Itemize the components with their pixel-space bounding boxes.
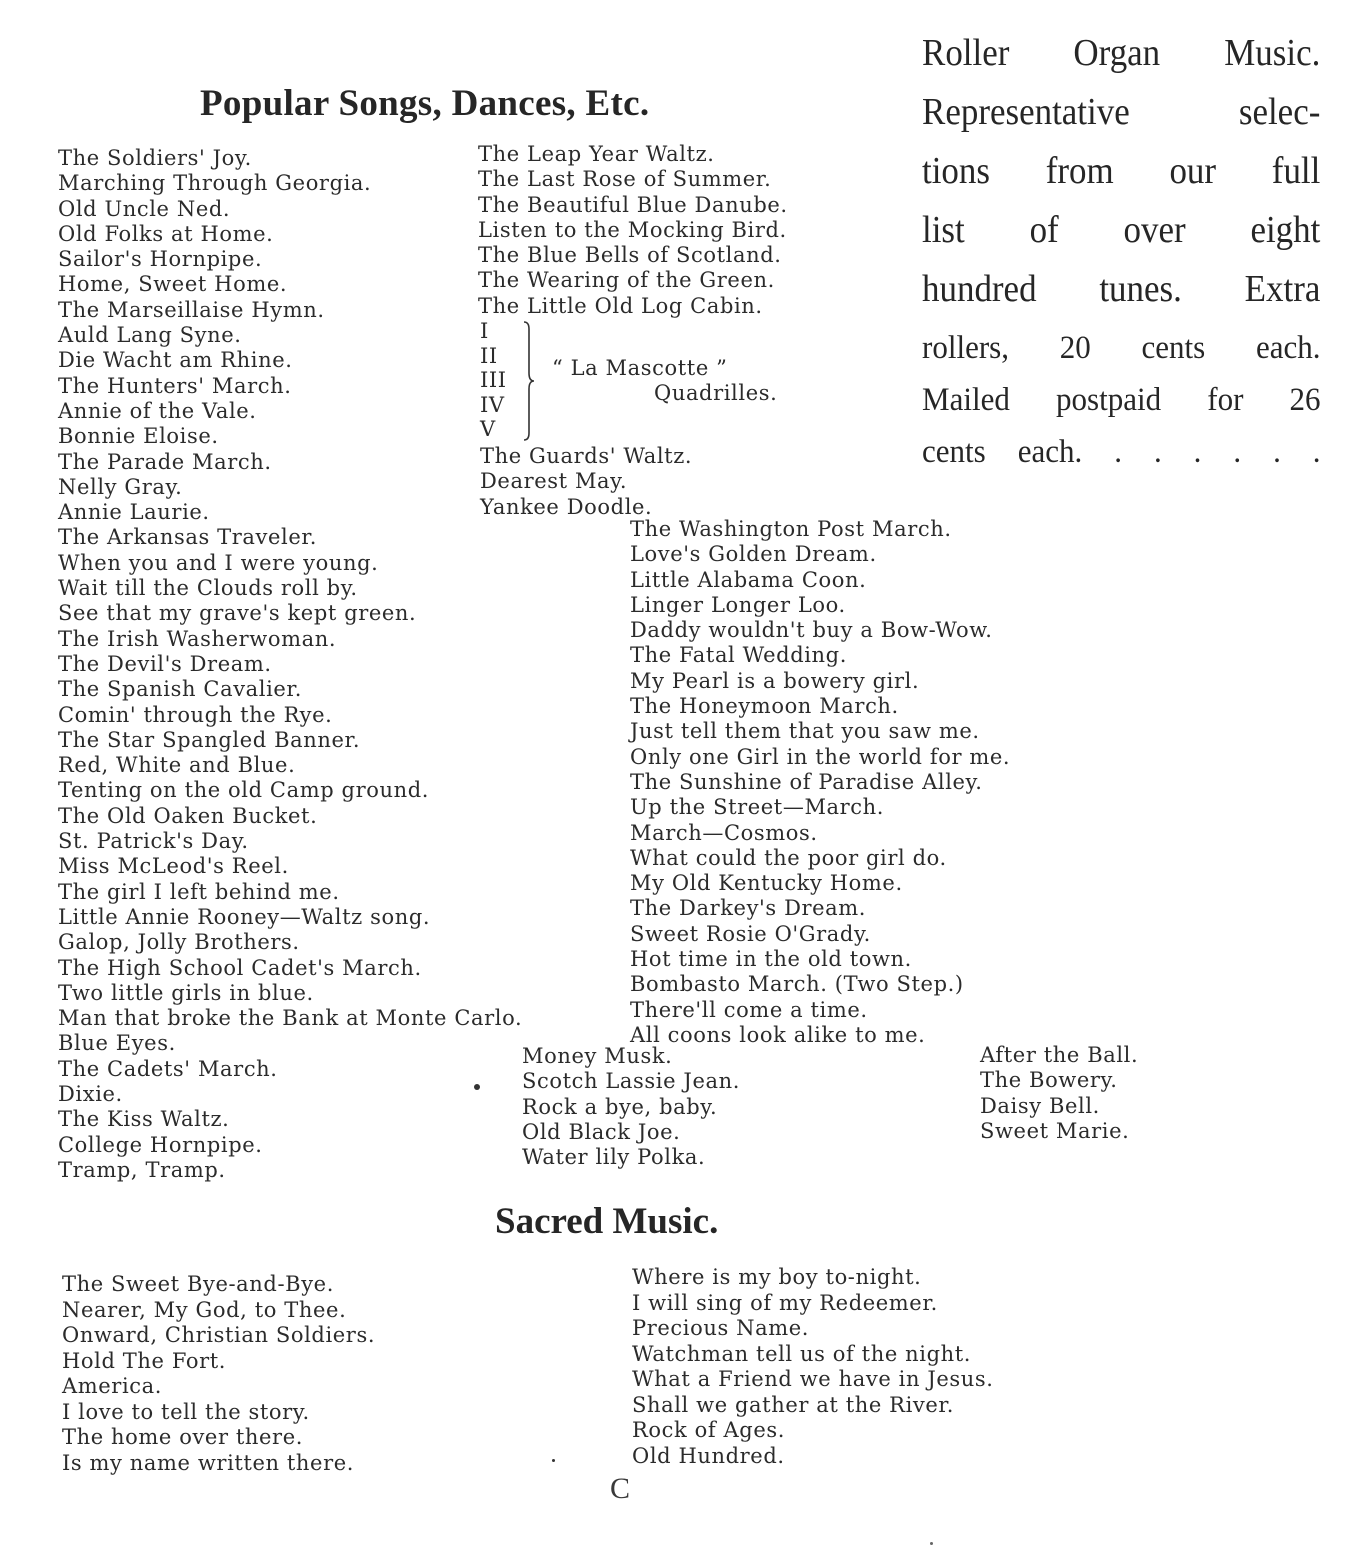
song-title: Water lily Polka. [522,1145,740,1170]
song-title: Man that broke the Bank at Monte Carlo. [58,1006,522,1031]
song-title: Annie of the Vale. [58,399,522,424]
song-title: The Honeymoon March. [630,694,1010,719]
quadrille-subtitle: Quadrilles. [654,381,777,405]
song-title: The Kiss Waltz. [58,1107,522,1132]
song-title: Blue Eyes. [58,1031,522,1056]
page-signature-mark: C [610,1472,630,1506]
song-title: The Bowery. [980,1068,1138,1093]
song-title: The Spanish Cavalier. [58,677,522,702]
hymn-title: Rock of Ages. [632,1418,994,1444]
popular-list-column-d: Money Musk. Scotch Lassie Jean. Rock a b… [522,1044,740,1170]
song-title: Just tell them that you saw me. [630,719,1010,744]
hymn-title: The Sweet Bye-and-Bye. [62,1272,375,1298]
hymn-title: Watchman tell us of the night. [632,1342,994,1368]
song-title: Money Musk. [522,1044,740,1069]
popular-list-column-e: After the Ball. The Bowery. Daisy Bell. … [980,1043,1138,1144]
song-title: The Parade March. [58,450,522,475]
song-title: The Sunshine of Paradise Alley. [630,770,1010,795]
song-title: Wait till the Clouds roll by. [58,576,522,601]
song-title: Little Annie Rooney—Waltz song. [58,905,522,930]
song-title: Sailor's Hornpipe. [58,247,522,272]
song-title: Die Wacht am Rhine. [58,348,522,373]
intro-line: Roller Organ Music. [922,28,1320,87]
song-title: The High School Cadet's March. [58,956,522,981]
song-title: The Star Spangled Banner. [58,728,522,753]
song-title: Bombasto March. (Two Step.) [630,972,1010,997]
hymn-title: Hold The Fort. [62,1349,375,1375]
hymn-title: I will sing of my Redeemer. [632,1291,994,1317]
intro-line: cents each. . . . . . . [922,427,1321,479]
song-title: The Beautiful Blue Danube. [478,193,788,218]
song-title: The Arkansas Traveler. [58,525,522,550]
song-title: The Guards' Waltz. [480,444,692,469]
quadrille-numeral: II [480,344,507,369]
song-title: The girl I left behind me. [58,880,522,905]
hymn-title: Where is my boy to-night. [632,1265,994,1291]
song-title: Hot time in the old town. [630,947,1010,972]
quadrille-numeral: I [480,319,507,344]
song-title: When you and I were young. [58,551,522,576]
song-title: There'll come a time. [630,998,1010,1023]
song-title: Dearest May. [480,469,692,494]
song-title: The Blue Bells of Scotland. [478,243,788,268]
song-title: Old Uncle Ned. [58,197,522,222]
hymn-title: Precious Name. [632,1316,994,1342]
hymn-title: Old Hundred. [632,1444,994,1470]
song-title: The Wearing of the Green. [478,268,788,293]
ink-dot [930,1542,933,1545]
roller-organ-intro: Roller Organ Music. Representative selec… [922,28,1320,479]
quadrille-numeral: IV [480,393,507,418]
song-title: Up the Street—March. [630,795,1010,820]
popular-list-column-b: The Leap Year Waltz. The Last Rose of Su… [478,142,788,319]
song-title: See that my grave's kept green. [58,601,522,626]
intro-line: rollers, 20 cents each. [922,323,1321,375]
curly-brace-icon [522,321,536,441]
song-title: Comin' through the Rye. [58,703,522,728]
hymn-title: Onward, Christian Soldiers. [62,1323,375,1349]
song-title: The Fatal Wedding. [630,643,1010,668]
quadrille-numeral: III [480,368,507,393]
song-title: The Last Rose of Summer. [478,167,788,192]
song-title: Scotch Lassie Jean. [522,1069,740,1094]
ink-dot [552,1459,555,1462]
song-title: Home, Sweet Home. [58,272,522,297]
intro-line: Representative selec- [922,87,1320,146]
popular-list-column-a: The Soldiers' Joy. Marching Through Geor… [58,146,522,1183]
song-title: The Darkey's Dream. [630,896,1010,921]
song-title: The Little Old Log Cabin. [478,294,788,319]
intro-line: list of over eight [922,205,1320,264]
song-title: The Cadets' March. [58,1057,522,1082]
song-title: My Old Kentucky Home. [630,871,1010,896]
song-title: Linger Longer Loo. [630,593,1010,618]
song-title: Love's Golden Dream. [630,542,1010,567]
song-title: Two little girls in blue. [58,981,522,1006]
song-title: March—Cosmos. [630,821,1010,846]
song-title: The Leap Year Waltz. [478,142,788,167]
song-title: Listen to the Mocking Bird. [478,218,788,243]
hymn-title: The home over there. [62,1425,375,1451]
song-title: Galop, Jolly Brothers. [58,930,522,955]
song-title: Miss McLeod's Reel. [58,854,522,879]
song-title: The Washington Post March. [630,517,1010,542]
song-title: The Devil's Dream. [58,652,522,677]
song-title: Old Black Joe. [522,1120,740,1145]
song-title: The Irish Washerwoman. [58,627,522,652]
song-title: Daisy Bell. [980,1094,1138,1119]
popular-list-column-b-bottom: The Guards' Waltz. Dearest May. Yankee D… [480,444,692,520]
ink-dot [474,1084,480,1090]
song-title: Little Alabama Coon. [630,568,1010,593]
hymn-title: Is my name written there. [62,1451,375,1477]
song-title: Daddy wouldn't buy a Bow-Wow. [630,618,1010,643]
song-title: My Pearl is a bowery girl. [630,669,1010,694]
intro-line: Mailed postpaid for 26 [922,375,1321,427]
quadrille-numerals: I II III IV V [480,319,507,442]
hymn-title: I love to tell the story. [62,1400,375,1426]
song-title: Auld Lang Syne. [58,323,522,348]
song-title: The Soldiers' Joy. [58,146,522,171]
song-title: Rock a bye, baby. [522,1095,740,1120]
sacred-list-left: The Sweet Bye-and-Bye. Nearer, My God, t… [62,1272,375,1476]
song-title: What could the poor girl do. [630,846,1010,871]
sacred-music-heading: Sacred Music. [495,1200,718,1243]
song-title: Bonnie Eloise. [58,424,522,449]
song-title: Dixie. [58,1082,522,1107]
intro-line: hundred tunes. Extra [922,264,1320,323]
song-title: The Hunters' March. [58,374,522,399]
song-title: Only one Girl in the world for me. [630,745,1010,770]
hymn-title: What a Friend we have in Jesus. [632,1367,994,1393]
song-title: Annie Laurie. [58,500,522,525]
song-title: St. Patrick's Day. [58,829,522,854]
song-title: Sweet Rosie O'Grady. [630,922,1010,947]
quadrille-title: “ La Mascotte ” [552,356,727,381]
song-title: The Old Oaken Bucket. [58,804,522,829]
hymn-title: Nearer, My God, to Thee. [62,1298,375,1324]
song-title: Sweet Marie. [980,1119,1138,1144]
song-title: Old Folks at Home. [58,222,522,247]
song-title: Tenting on the old Camp ground. [58,778,522,803]
intro-line: tions from our full [922,146,1320,205]
song-title: College Hornpipe. [58,1133,522,1158]
song-title: Marching Through Georgia. [58,171,522,196]
popular-list-column-c: The Washington Post March. Love's Golden… [630,517,1010,1048]
song-title: Nelly Gray. [58,475,522,500]
song-title: The Marseillaise Hymn. [58,298,522,323]
song-title: Red, White and Blue. [58,753,522,778]
hymn-title: Shall we gather at the River. [632,1393,994,1419]
quadrille-numeral: V [480,417,507,442]
hymn-title: America. [62,1374,375,1400]
song-title: After the Ball. [980,1043,1138,1068]
song-title: Tramp, Tramp. [58,1158,522,1183]
popular-songs-heading: Popular Songs, Dances, Etc. [200,82,649,125]
sacred-list-right: Where is my boy to-night. I will sing of… [632,1265,994,1469]
